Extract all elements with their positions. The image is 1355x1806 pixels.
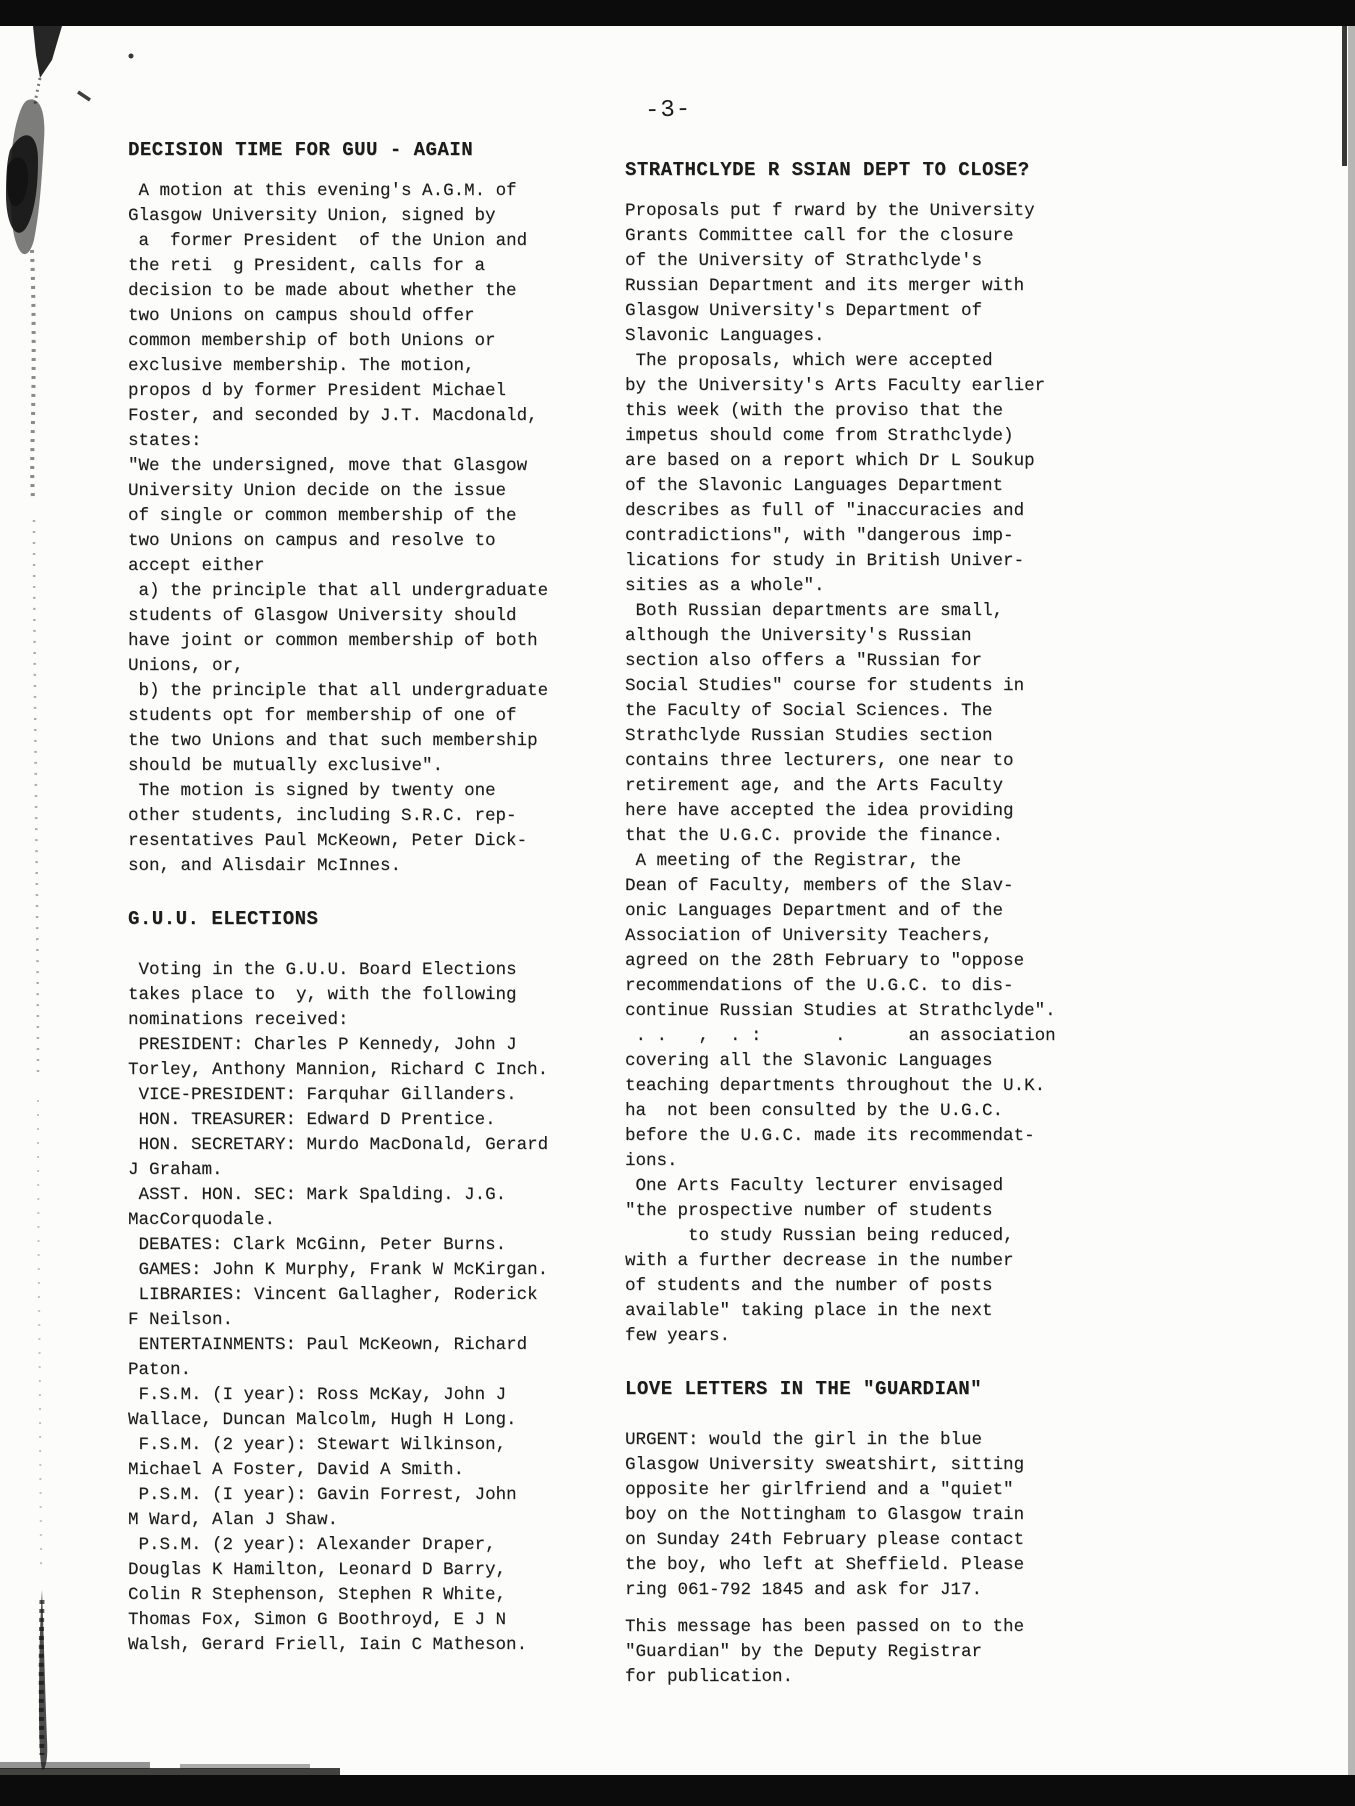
left-column: DECISION TIME FOR GUU - AGAIN A motion a… bbox=[128, 138, 598, 1658]
nomination-line: P.S.M. (I year): Gavin Forrest, John M W… bbox=[128, 1483, 598, 1533]
scan-artifact-bottom-bar bbox=[0, 1775, 1355, 1806]
article-paragraph: Voting in the G.U.U. Board Elections tak… bbox=[128, 958, 598, 1033]
nomination-line: ASST. HON. SEC: Mark Spalding. J.G. MacC… bbox=[128, 1183, 598, 1233]
right-column: STRATHCLYDE R SSIAN DEPT TO CLOSE? Propo… bbox=[625, 158, 1145, 1690]
nomination-line: F.S.M. (2 year): Stewart Wilkinson, Mich… bbox=[128, 1433, 598, 1483]
scanned-newsletter-page: -3- DECISION TIME FOR GUU - AGAIN A moti… bbox=[0, 0, 1355, 1806]
nomination-line: ENTERTAINMENTS: Paul McKeown, Richard Pa… bbox=[128, 1333, 598, 1383]
nomination-line: DEBATES: Clark McGinn, Peter Burns. bbox=[128, 1233, 598, 1258]
article-decision-time-for-guu: DECISION TIME FOR GUU - AGAIN A motion a… bbox=[128, 138, 598, 879]
nomination-line: VICE-PRESIDENT: Farquhar Gillanders. bbox=[128, 1083, 598, 1108]
nomination-line: P.S.M. (2 year): Alexander Draper, Dougl… bbox=[128, 1533, 598, 1658]
nomination-line: LIBRARIES: Vincent Gallagher, Roderick F… bbox=[128, 1283, 598, 1333]
article-paragraph: Both Russian departments are small, alth… bbox=[625, 599, 1145, 849]
article-heading: DECISION TIME FOR GUU - AGAIN bbox=[128, 138, 598, 163]
article-paragraph: The motion is signed by twenty one other… bbox=[128, 779, 598, 879]
article-strathclyde-russian-dept: STRATHCLYDE R SSIAN DEPT TO CLOSE? Propo… bbox=[625, 158, 1145, 1349]
article-guu-elections: G.U.U. ELECTIONS Voting in the G.U.U. Bo… bbox=[128, 907, 598, 1658]
article-heading: STRATHCLYDE R SSIAN DEPT TO CLOSE? bbox=[625, 158, 1145, 183]
nomination-line: F.S.M. (I year): Ross McKay, John J Wall… bbox=[128, 1383, 598, 1433]
article-paragraph: b) the principle that all undergraduate … bbox=[128, 679, 598, 779]
article-love-letters-guardian: LOVE LETTERS IN THE "GUARDIAN" URGENT: w… bbox=[625, 1377, 1145, 1690]
article-paragraph: URGENT: would the girl in the blue Glasg… bbox=[625, 1428, 1145, 1603]
article-paragraph: The proposals, which were accepted by th… bbox=[625, 349, 1145, 599]
scan-artifact-top-bar bbox=[0, 0, 1355, 26]
article-paragraph: A meeting of the Registrar, the Dean of … bbox=[625, 849, 1145, 1174]
nomination-line: GAMES: John K Murphy, Frank W McKirgan. bbox=[128, 1258, 598, 1283]
article-paragraph: A motion at this evening's A.G.M. of Gla… bbox=[128, 179, 598, 454]
article-heading: LOVE LETTERS IN THE "GUARDIAN" bbox=[625, 1377, 1145, 1402]
nomination-line: HON. SECRETARY: Murdo MacDonald, Gerard … bbox=[128, 1133, 598, 1183]
article-paragraph: "We the undersigned, move that Glasgow U… bbox=[128, 454, 598, 579]
article-paragraph: a) the principle that all undergraduate … bbox=[128, 579, 598, 679]
page-number: -3- bbox=[645, 96, 692, 125]
nomination-line: PRESIDENT: Charles P Kennedy, John J Tor… bbox=[128, 1033, 598, 1083]
article-paragraph: Proposals put f rward by the University … bbox=[625, 199, 1145, 349]
nomination-line: HON. TREASURER: Edward D Prentice. bbox=[128, 1108, 598, 1133]
article-paragraph: One Arts Faculty lecturer envisaged "the… bbox=[625, 1174, 1145, 1349]
article-paragraph: This message has been passed on to the "… bbox=[625, 1615, 1145, 1690]
article-heading: G.U.U. ELECTIONS bbox=[128, 907, 598, 932]
